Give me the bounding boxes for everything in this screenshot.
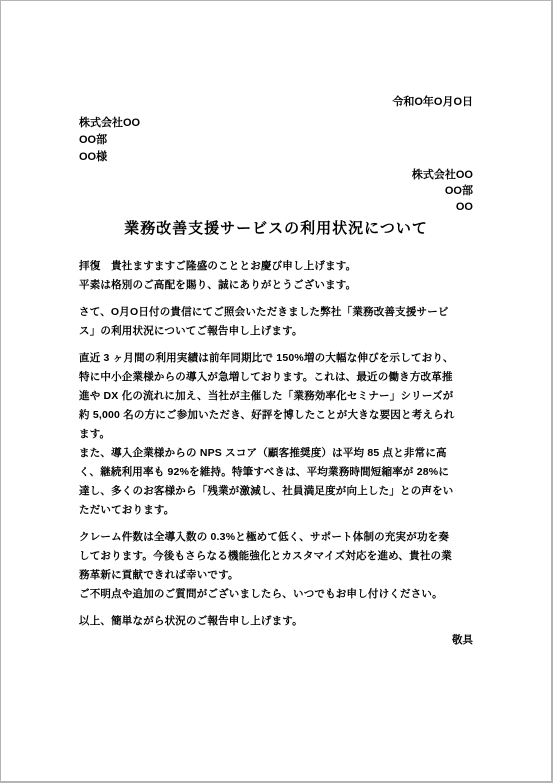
closing-remark-paragraph: 以上、簡単ながら状況のご報告申し上げます。 [79,612,473,631]
letter-page: 令和O年O月O日 株式会社OO OO部 OO様 株式会社OO OO部 OO 業務… [0,0,553,783]
recipient-block: 株式会社OO OO部 OO様 [79,115,473,166]
sender-company: 株式会社OO [79,167,473,183]
sender-department: OO部 [79,183,473,199]
greeting-paragraph: 拝復 貴社ますますご隆盛のこととお慶び申し上げます。 平素は格別のご高配を賜り、… [79,257,473,295]
closing-word: 敬具 [79,631,473,650]
letter-date: 令和O年O月O日 [79,95,473,109]
recipient-person: OO様 [79,149,473,166]
support-status-paragraph: クレーム件数は全導入数の 0.3%と極めて低く、サポート体制の充実が功を奏 して… [79,528,473,604]
recipient-company: 株式会社OO [79,115,473,132]
sender-person: OO [79,199,473,215]
usage-report-paragraph: 直近 3 ヶ月間の利用実績は前年同期比で 150%増の大幅な伸びを示しており、 … [79,349,473,520]
letter-title: 業務改善支援サービスの利用状況について [79,218,473,240]
letter-body: 拝復 貴社ますますご隆盛のこととお慶び申し上げます。 平素は格別のご高配を賜り、… [79,257,473,631]
intro-paragraph: さて、O月O日付の貴信にてご照会いただきました弊社「業務改善支援サービ ス」の利… [79,303,473,341]
sender-block: 株式会社OO OO部 OO [79,167,473,215]
recipient-department: OO部 [79,132,473,149]
